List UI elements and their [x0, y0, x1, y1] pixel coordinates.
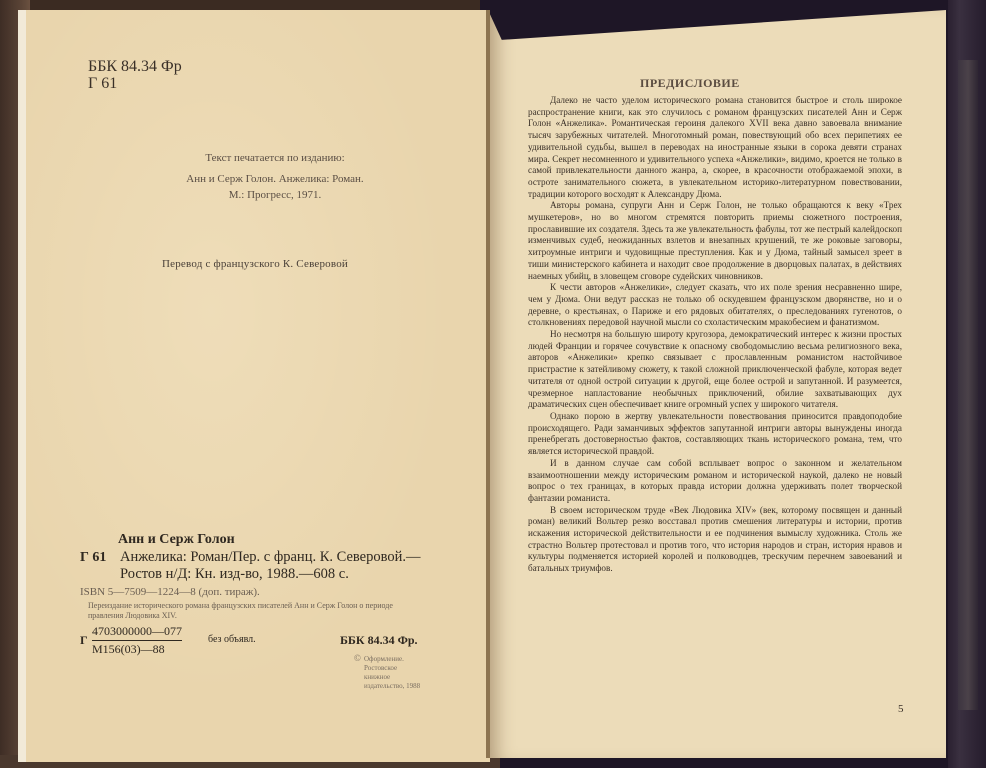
preface-paragraph: В своем историческом труде «Век Людовика…	[528, 505, 902, 575]
edition-note: Текст печатается по изданию: Анн и Серж …	[155, 150, 395, 203]
book-spine-shadow	[958, 60, 978, 710]
copyright-line: книжное	[364, 673, 420, 682]
preface-paragraph: И в данном случае сам собой всплывает во…	[528, 458, 902, 505]
copyright-icon: ©	[354, 654, 361, 663]
preface-title: ПРЕДИСЛОВИЕ	[640, 76, 740, 91]
page-edge	[18, 10, 26, 762]
edition-source-line2: М.: Прогресс, 1971.	[155, 187, 395, 203]
book-gutter	[486, 10, 490, 758]
preface-paragraph: Авторы романа, супруги Анн и Серж Голон,…	[528, 200, 902, 282]
index-note: без объявл.	[208, 634, 256, 645]
preface-paragraph: Но несмотря на большую широту кругозора,…	[528, 329, 902, 411]
preface-paragraph: Однако порою в жертву увлекательности по…	[528, 411, 902, 458]
edition-label: Текст печатается по изданию:	[155, 150, 395, 166]
index-letter: Г	[80, 633, 88, 648]
isbn: ISBN 5—7509—1224—8 (доп. тираж).	[80, 586, 260, 598]
copyright-notice: © Оформление. Ростовское книжное издател…	[364, 655, 420, 691]
page-number: 5	[898, 703, 904, 715]
annotation: Переиздание исторического романа француз…	[88, 601, 428, 621]
index-denominator: М156(03)—88	[92, 642, 165, 657]
bbk-classification-top: ББК 84.34 Фр Г 61	[88, 58, 182, 92]
preface-paragraph: Далеко не часто уделом исторического ром…	[528, 95, 902, 200]
record-authors: Анн и Серж Голон	[118, 532, 235, 548]
copyright-line: издательство, 1988	[364, 682, 420, 691]
bbk-code: ББК 84.34 Фр	[88, 58, 182, 75]
copyright-line: Оформление.	[364, 655, 420, 664]
record-description: Анжелика: Роман/Пер. с франц. К. Северов…	[120, 549, 450, 583]
record-code: Г 61	[80, 550, 106, 566]
copyright-line: Ростовское	[364, 664, 420, 673]
edition-source-line1: Анн и Серж Голон. Анжелика: Роман.	[155, 171, 395, 187]
preface-paragraph: К чести авторов «Анжелики», следует сказ…	[528, 282, 902, 329]
preface-body: Далеко не часто уделом исторического ром…	[528, 95, 902, 575]
left-page	[18, 10, 490, 762]
bbk-classification-bottom: ББК 84.34 Фр.	[340, 633, 418, 648]
author-code: Г 61	[88, 75, 182, 92]
translator-credit: Перевод с французского К. Северовой	[162, 258, 348, 270]
index-numerator: 4703000000—077	[92, 624, 182, 641]
